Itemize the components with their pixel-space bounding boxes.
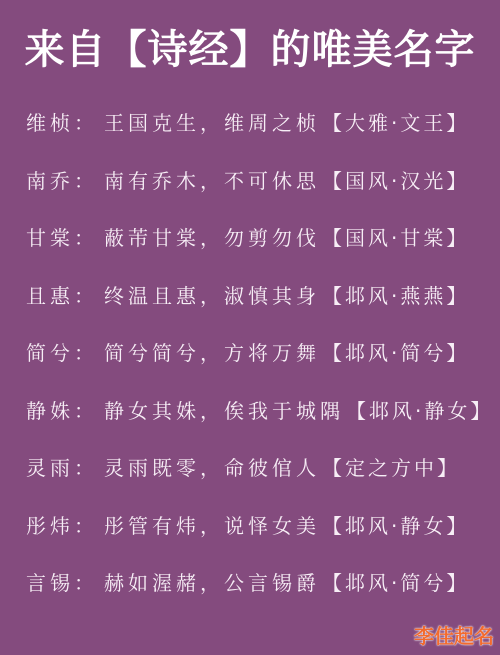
name-term: 南乔: [26, 166, 74, 196]
verse-text: 灵雨既零，命彼倌人: [104, 453, 320, 483]
name-term: 言锡: [26, 568, 74, 598]
list-item: 甘棠：蔽芾甘棠，勿剪勿伐【国风·甘棠】: [26, 223, 496, 281]
verse-source: 【邶风·简兮】: [322, 338, 469, 368]
list-item: 言锡：赫如渥赭，公言锡爵【邶风·简兮】: [26, 568, 496, 626]
verse-source: 【定之方中】: [322, 453, 460, 483]
name-term: 彤炜: [26, 511, 74, 541]
colon-separator: ：: [74, 511, 98, 541]
verse-text: 蔽芾甘棠，勿剪勿伐: [104, 223, 320, 253]
name-term: 灵雨: [26, 453, 74, 483]
verse-source: 【大雅·文王】: [322, 108, 469, 138]
verse-text: 南有乔木，不可休思: [104, 166, 320, 196]
verse-text: 彤管有炜，说怿女美: [104, 511, 320, 541]
verse-text: 简兮简兮，方将万舞: [104, 338, 320, 368]
list-item: 灵雨：灵雨既零，命彼倌人【定之方中】: [26, 453, 496, 511]
page-title: 来自【诗经】的唯美名字: [0, 22, 500, 78]
name-term: 静姝: [26, 396, 74, 426]
list-item: 简兮：简兮简兮，方将万舞【邶风·简兮】: [26, 338, 496, 396]
list-item: 静姝：静女其姝，俟我于城隅【邶风·静女】: [26, 396, 496, 454]
list-item: 南乔：南有乔木，不可休思【国风·汉光】: [26, 166, 496, 224]
colon-separator: ：: [74, 108, 98, 138]
verse-source: 【邶风·燕燕】: [322, 281, 469, 311]
verse-source: 【国风·汉光】: [322, 166, 469, 196]
verse-text: 王国克生，维周之桢: [104, 108, 320, 138]
name-term: 简兮: [26, 338, 74, 368]
verse-source: 【邶风·简兮】: [322, 568, 469, 598]
verse-text: 赫如渥赭，公言锡爵: [104, 568, 320, 598]
name-term: 且惠: [26, 281, 74, 311]
name-list: 维桢：王国克生，维周之桢【大雅·文王】 南乔：南有乔木，不可休思【国风·汉光】 …: [26, 108, 496, 626]
colon-separator: ：: [74, 453, 98, 483]
verse-source: 【邶风·静女】: [346, 396, 493, 426]
name-term: 甘棠: [26, 223, 74, 253]
colon-separator: ：: [74, 338, 98, 368]
verse-source: 【邶风·静女】: [322, 511, 469, 541]
colon-separator: ：: [74, 281, 98, 311]
list-item: 彤炜：彤管有炜，说怿女美【邶风·静女】: [26, 511, 496, 569]
watermark-logo: 李佳起名: [414, 620, 494, 649]
list-item: 维桢：王国克生，维周之桢【大雅·文王】: [26, 108, 496, 166]
colon-separator: ：: [74, 166, 98, 196]
colon-separator: ：: [74, 396, 98, 426]
verse-text: 静女其姝，俟我于城隅: [104, 396, 344, 426]
colon-separator: ：: [74, 223, 98, 253]
colon-separator: ：: [74, 568, 98, 598]
name-term: 维桢: [26, 108, 74, 138]
list-item: 且惠：终温且惠，淑慎其身【邶风·燕燕】: [26, 281, 496, 339]
verse-source: 【国风·甘棠】: [322, 223, 469, 253]
verse-text: 终温且惠，淑慎其身: [104, 281, 320, 311]
